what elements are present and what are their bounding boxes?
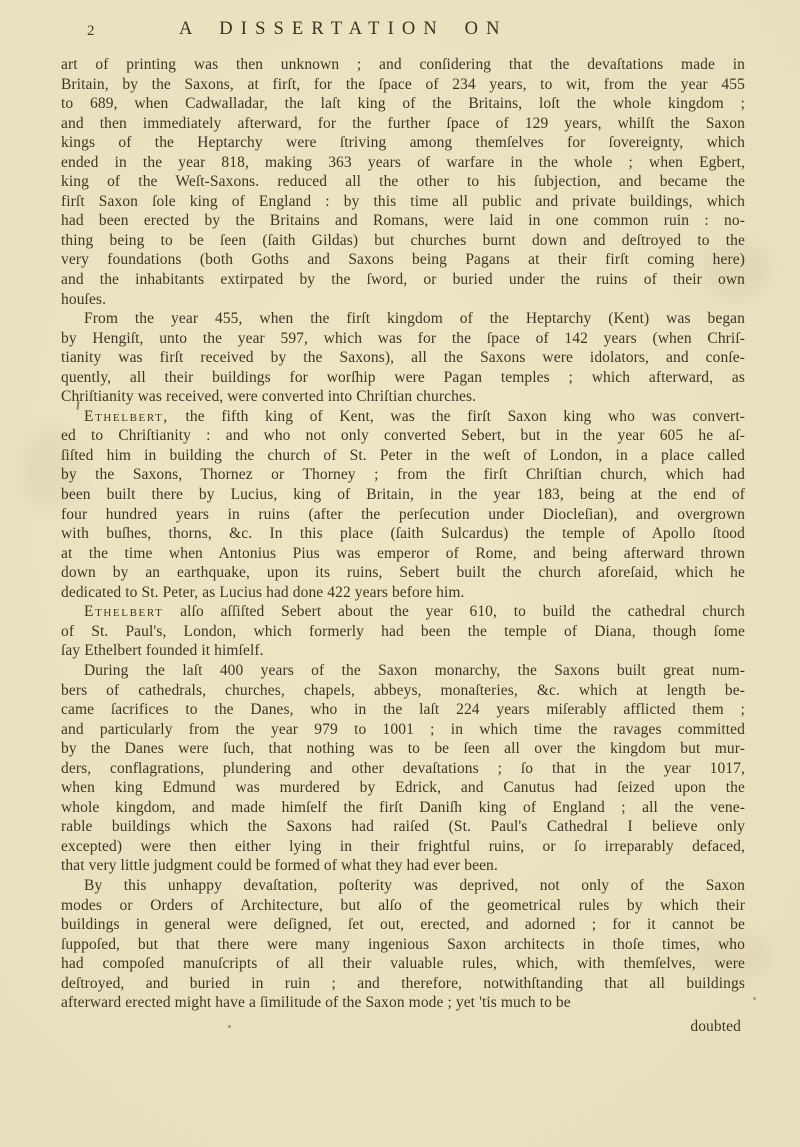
text-line: whole kingdom, and made himſelf the firſ… xyxy=(61,798,745,818)
text-line: ſuppoſed, but that there were many ingen… xyxy=(61,935,745,955)
text-line: tianity was firſt received by the Saxons… xyxy=(61,348,745,368)
text-line: ed to Chriſtianity : and who not only co… xyxy=(61,426,745,446)
text-line: By this unhappy devaſtation, poſterity w… xyxy=(61,876,745,896)
text-line: thing being to be ſeen (ſaith Gildas) bu… xyxy=(61,231,745,251)
text-line: afterward erected might have a ſimilitud… xyxy=(61,993,745,1013)
text-line: quently, all their buildings for worſhip… xyxy=(61,368,745,388)
text-line: ended in the year 818, making 363 years … xyxy=(61,153,745,173)
catchword: doubted xyxy=(61,1017,745,1037)
text-line: four hundred years in ruins (after the p… xyxy=(61,505,745,525)
text-line: when king Edmund was murdered by Edrick,… xyxy=(61,778,745,798)
text-line: of St. Paul's, London, which formerly ha… xyxy=(61,622,745,642)
text-line: that very little judgment could be forme… xyxy=(61,856,745,876)
text-line: king of the Weſt-Saxons. reduced all the… xyxy=(61,172,745,192)
text-line: modes or Orders of Architecture, but alſ… xyxy=(61,896,745,916)
paragraph: By this unhappy devaſtation, poſterity w… xyxy=(61,876,745,1013)
paragraph: Ethelbert alſo aſſiſted Sebert about the… xyxy=(61,602,745,661)
text-line: had compoſed manuſcripts of all their va… xyxy=(61,954,745,974)
text-line: by Hengiſt, unto the year 597, which was… xyxy=(61,329,745,349)
text-line: by the Saxons, Thornez or Thorney ; from… xyxy=(61,465,745,485)
smallcaps-lead-word: Ethelbert, xyxy=(84,408,169,425)
running-header: 2 A DISSERTATION ON xyxy=(61,19,745,45)
text-line: During the laſt 400 years of the Saxon m… xyxy=(61,661,745,681)
text-line: ſay Ethelbert founded it himſelf. xyxy=(61,641,745,661)
text-line: and then immediately afterward, for the … xyxy=(61,114,745,134)
page-number: 2 xyxy=(87,23,96,40)
paragraph: During the laſt 400 years of the Saxon m… xyxy=(61,661,745,876)
paragraph: From the year 455, when the firſt kingdo… xyxy=(61,309,745,407)
text-line: been built there by Lucius, king of Brit… xyxy=(61,485,745,505)
text-line: buildings in general were deſigned, ſet … xyxy=(61,915,745,935)
paragraph: art of printing was then unknown ; and c… xyxy=(61,55,745,309)
text-line: down by an earthquake, upon its ruins, S… xyxy=(61,563,745,583)
text-line: Ethelbert alſo aſſiſted Sebert about the… xyxy=(61,602,745,622)
paragraph: Ethelbert, the fifth king of Kent, was t… xyxy=(61,407,745,602)
text-line: ſiſted him in building the church of St.… xyxy=(61,446,745,466)
text-line: dedicated to St. Peter, as Lucius had do… xyxy=(61,583,745,603)
text-line: came ſacrifices to the Danes, who in the… xyxy=(61,700,745,720)
text-line: ders, conflagrations, plundering and oth… xyxy=(61,759,745,779)
text-line: and the inhabitants extirpated by the ſw… xyxy=(61,270,745,290)
text-line: to 689, when Cadwalladar, the laſt king … xyxy=(61,94,745,114)
text-block: art of printing was then unknown ; and c… xyxy=(61,55,745,1036)
book-page-scan: { "page": { "number": "2", "header_title… xyxy=(0,0,800,1147)
text-line: deſtroyed, and buried in ruin ; and ther… xyxy=(61,974,745,994)
text-line: Ethelbert, the fifth king of Kent, was t… xyxy=(61,407,745,427)
text-line: rable buildings which the Saxons had rai… xyxy=(61,817,745,837)
text-line: From the year 455, when the firſt kingdo… xyxy=(61,309,745,329)
text-line: firſt Saxon ſole king of England : by th… xyxy=(61,192,745,212)
text-line: Chriſtianity was received, were converte… xyxy=(61,387,745,407)
text-line: very foundations (both Goths and Saxons … xyxy=(61,250,745,270)
text-line: had been erected by the Britains and Rom… xyxy=(61,211,745,231)
text-line: kings of the Heptarchy were ſtriving amo… xyxy=(61,133,745,153)
text-line: excepted) were then either lying in thei… xyxy=(61,837,745,857)
text-line: by the Danes were ſuch, that nothing was… xyxy=(61,739,745,759)
text-line: with buſhes, thorns, &c. In this place (… xyxy=(61,524,745,544)
running-title: A DISSERTATION ON xyxy=(179,19,508,40)
text-line: houſes. xyxy=(61,290,745,310)
text-line: Britain, by the Saxons, at firſt, for th… xyxy=(61,75,745,95)
text-line: bers of cathedrals, churches, chapels, a… xyxy=(61,681,745,701)
text-line: and particularly from the year 979 to 10… xyxy=(61,720,745,740)
text-line: at the time when Antonius Pius was emper… xyxy=(61,544,745,564)
text-line: art of printing was then unknown ; and c… xyxy=(61,55,745,75)
ink-speck xyxy=(753,997,756,1000)
smallcaps-lead-word: Ethelbert xyxy=(84,603,163,620)
